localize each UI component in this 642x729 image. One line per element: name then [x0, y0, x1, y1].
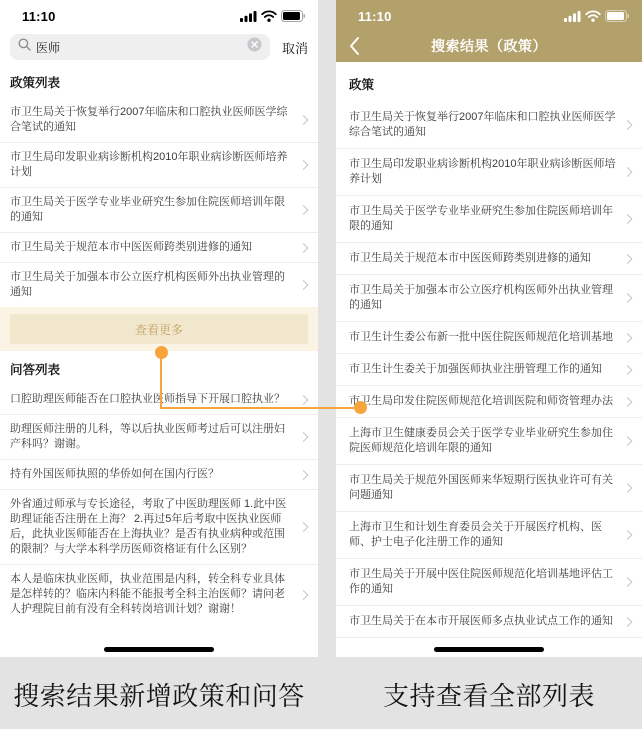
qa-item-text: 本人是临床执业医师，执业范围是内科，转全科专业具体是怎样转的？临床内科能不能报考…: [10, 572, 290, 617]
page-title: 搜索结果（政策）: [431, 36, 547, 56]
chevron-right-icon: [299, 280, 309, 290]
chevron-right-icon: [623, 167, 633, 177]
chevron-right-icon: [299, 115, 309, 125]
policy-list-item[interactable]: 市卫生计生委公布新一批中医住院医师规范化培训基地: [336, 322, 642, 354]
chevron-right-icon: [623, 577, 633, 587]
policy-list-item[interactable]: 市卫生局关于规范本市中医医师跨类别进修的通知: [336, 243, 642, 275]
policy-item-title: 市卫生局关于规范外国医师来华短期行医执业许可有关问题通知: [349, 473, 616, 503]
qa-item-text: 助理医师注册的儿科，等以后执业医师考过后可以注册妇产科吗？谢谢。: [10, 422, 290, 452]
nav-bar: 搜索结果（政策）: [336, 30, 642, 62]
chevron-right-icon: [623, 397, 633, 407]
policy-item-title: 市卫生局印发职业病诊断机构2010年职业病诊断医师培养计划: [10, 150, 290, 180]
chevron-right-icon: [623, 436, 633, 446]
policy-list-header: 政策列表: [0, 64, 318, 98]
left-caption: 搜索结果新增政策和问答: [0, 676, 318, 713]
policy-item-title: 市卫生局关于恢复举行2007年临床和口腔执业医师医学综合笔试的通知: [349, 110, 616, 140]
chevron-right-icon: [623, 365, 633, 375]
connector-dot-end: [354, 401, 367, 414]
wifi-icon: [261, 10, 277, 22]
chevron-right-icon: [623, 254, 633, 264]
battery-icon: [605, 10, 630, 22]
back-button[interactable]: [348, 36, 362, 56]
connector-line-horizontal: [160, 407, 360, 409]
policy-item-title: 上海市卫生健康委员会关于医学专业毕业研究生参加住院医师规范化培训年限的通知: [349, 426, 616, 456]
connector-dot-start: [155, 346, 168, 359]
policy-list-item[interactable]: 市卫生局关于规范本市中医医师跨类别进修的通知: [0, 233, 318, 263]
policy-list-item[interactable]: 市卫生局关于规范外国医师来华短期行医执业许可有关问题通知: [336, 465, 642, 512]
policy-item-title: 市卫生局关于加强本市公立医疗机构医师外出执业管理的通知: [349, 283, 616, 313]
chevron-right-icon: [623, 333, 633, 343]
left-status-bar: 11:10: [0, 0, 318, 30]
policy-item-title: 市卫生计生委关于加强医师执业注册管理工作的通知: [349, 362, 616, 377]
policy-item-title: 市卫生局关于恢复举行2007年临床和口腔执业医师医学综合笔试的通知: [10, 105, 290, 135]
policy-item-title: 市卫生局关于规范本市中医医师跨类别进修的通知: [349, 251, 616, 266]
policy-list-item[interactable]: 市卫生局关于加强本市公立医疗机构医师外出执业管理的通知: [0, 263, 318, 307]
chevron-right-icon: [623, 617, 633, 627]
qa-list-item[interactable]: 外省通过师承与专长途径，考取了中医助理医师 1.此中医助理证能否注册在上海？ 2…: [0, 490, 318, 565]
policy-item-title: 市卫生局关于医学专业毕业研究生参加住院医师培训年限的通知: [10, 195, 290, 225]
cancel-button[interactable]: 取消: [282, 38, 308, 57]
status-time: 11:10: [22, 9, 56, 24]
policy-list-item[interactable]: 市卫生局印发职业病诊断机构2010年职业病诊断医师培养计划: [336, 149, 642, 196]
policy-list-item[interactable]: 市卫生局印发职业病诊断机构2010年职业病诊断医师培养计划: [0, 143, 318, 188]
chevron-right-icon: [299, 432, 309, 442]
left-phone-screenshot: 11:10 医师 取消 政策列表 市卫生局关于恢复举行2007年临床和口腔执业医…: [0, 0, 318, 657]
policy-list-item[interactable]: 市卫生局关于医学专业毕业研究生参加住院医师培训年限的通知: [0, 188, 318, 233]
qa-list-item[interactable]: 口腔助理医师能否在口腔执业医师指导下开展口腔执业？: [0, 385, 318, 415]
policy-list-item[interactable]: 市卫生局关于在本市开展医师多点执业试点工作的通知: [336, 606, 642, 638]
chevron-right-icon: [623, 214, 633, 224]
policy-item-title: 市卫生局关于规范本市中医医师跨类别进修的通知: [10, 240, 290, 255]
wifi-icon: [585, 10, 601, 22]
chevron-right-icon: [299, 205, 309, 215]
signal-icon: [564, 11, 581, 22]
home-indicator: [104, 647, 214, 652]
qa-list-item[interactable]: 助理医师注册的儿科，等以后执业医师考过后可以注册妇产科吗？谢谢。: [0, 415, 318, 460]
status-time: 11:10: [358, 9, 392, 24]
chevron-right-icon: [299, 470, 309, 480]
right-status-bar: 11:10: [336, 0, 642, 30]
chevron-right-icon: [299, 395, 309, 405]
search-query-text: 医师: [36, 39, 247, 56]
battery-icon: [281, 10, 306, 22]
qa-item-text: 口腔助理医师能否在口腔执业医师指导下开展口腔执业？: [10, 392, 290, 407]
policy-list-item[interactable]: 市卫生局关于恢复举行2007年临床和口腔执业医师医学综合笔试的通知: [0, 98, 318, 143]
policy-item-title: 市卫生计生委公布新一批中医住院医师规范化培训基地: [349, 330, 616, 345]
policy-list-item[interactable]: 上海市卫生和计划生育委员会关于开展医疗机构、医师、护士电子化注册工作的通知: [336, 512, 642, 559]
policy-item-title: 上海市卫生和计划生育委员会关于开展医疗机构、医师、护士电子化注册工作的通知: [349, 520, 616, 550]
policy-list-item[interactable]: 上海市卫生健康委员会关于医学专业毕业研究生参加住院医师规范化培训年限的通知: [336, 418, 642, 465]
chevron-right-icon: [299, 243, 309, 253]
policy-section-header: 政策: [336, 62, 642, 102]
chevron-right-icon: [623, 293, 633, 303]
search-input[interactable]: 医师: [10, 34, 270, 60]
chevron-right-icon: [623, 530, 633, 540]
policy-list-item[interactable]: 市卫生局关于开展中医住院医师规范化培训基地评估工作的通知: [336, 559, 642, 606]
policy-list-item[interactable]: 市卫生局印发住院医师规范化培训医院和师资管理办法: [336, 386, 642, 418]
policy-list-item[interactable]: 市卫生计生委关于加强医师执业注册管理工作的通知: [336, 354, 642, 386]
policy-list-item[interactable]: 市卫生局关于恢复举行2007年临床和口腔执业医师医学综合笔试的通知: [336, 102, 642, 149]
view-more-band: 查看更多: [0, 307, 318, 351]
qa-list-item[interactable]: 本人是临床执业医师，执业范围是内科，转全科专业具体是怎样转的？临床内科能不能报考…: [0, 565, 318, 624]
chevron-right-icon: [299, 160, 309, 170]
chevron-right-icon: [299, 522, 309, 532]
right-caption: 支持查看全部列表: [336, 676, 642, 713]
policy-item-title: 市卫生局关于在本市开展医师多点执业试点工作的通知: [349, 614, 616, 629]
qa-list-item[interactable]: 持有外国医师执照的华侨如何在国内行医？: [0, 460, 318, 490]
connector-line-vertical: [160, 352, 162, 409]
chevron-right-icon: [623, 120, 633, 130]
chevron-right-icon: [623, 483, 633, 493]
search-icon: [18, 38, 31, 56]
policy-item-title: 市卫生局印发职业病诊断机构2010年职业病诊断医师培养计划: [349, 157, 616, 187]
search-bar-row: 医师 取消: [0, 30, 318, 64]
policy-list-item[interactable]: 市卫生局关于医学专业毕业研究生参加住院医师培训年限的通知: [336, 196, 642, 243]
policy-item-title: 市卫生局关于开展中医住院医师规范化培训基地评估工作的通知: [349, 567, 616, 597]
qa-item-text: 持有外国医师执照的华侨如何在国内行医？: [10, 467, 290, 482]
policy-item-title: 市卫生局关于加强本市公立医疗机构医师外出执业管理的通知: [10, 270, 290, 300]
policy-list-item[interactable]: 市卫生局关于加强本市公立医疗机构医师外出执业管理的通知: [336, 275, 642, 322]
home-indicator: [434, 647, 544, 652]
clear-icon[interactable]: [247, 37, 262, 57]
policy-item-title: 市卫生局关于医学专业毕业研究生参加住院医师培训年限的通知: [349, 204, 616, 234]
nav-header: 11:10 搜索结果（政策）: [336, 0, 642, 62]
right-phone-screenshot: 11:10 搜索结果（政策） 政策 市卫生局关于恢复举行2007年临床和口腔执业…: [336, 0, 642, 657]
signal-icon: [240, 11, 257, 22]
chevron-right-icon: [299, 590, 309, 600]
qa-item-text: 外省通过师承与专长途径，考取了中医助理医师 1.此中医助理证能否注册在上海？ 2…: [10, 497, 290, 557]
policy-item-title: 市卫生局印发住院医师规范化培训医院和师资管理办法: [349, 394, 616, 409]
view-more-button[interactable]: 查看更多: [10, 314, 308, 344]
